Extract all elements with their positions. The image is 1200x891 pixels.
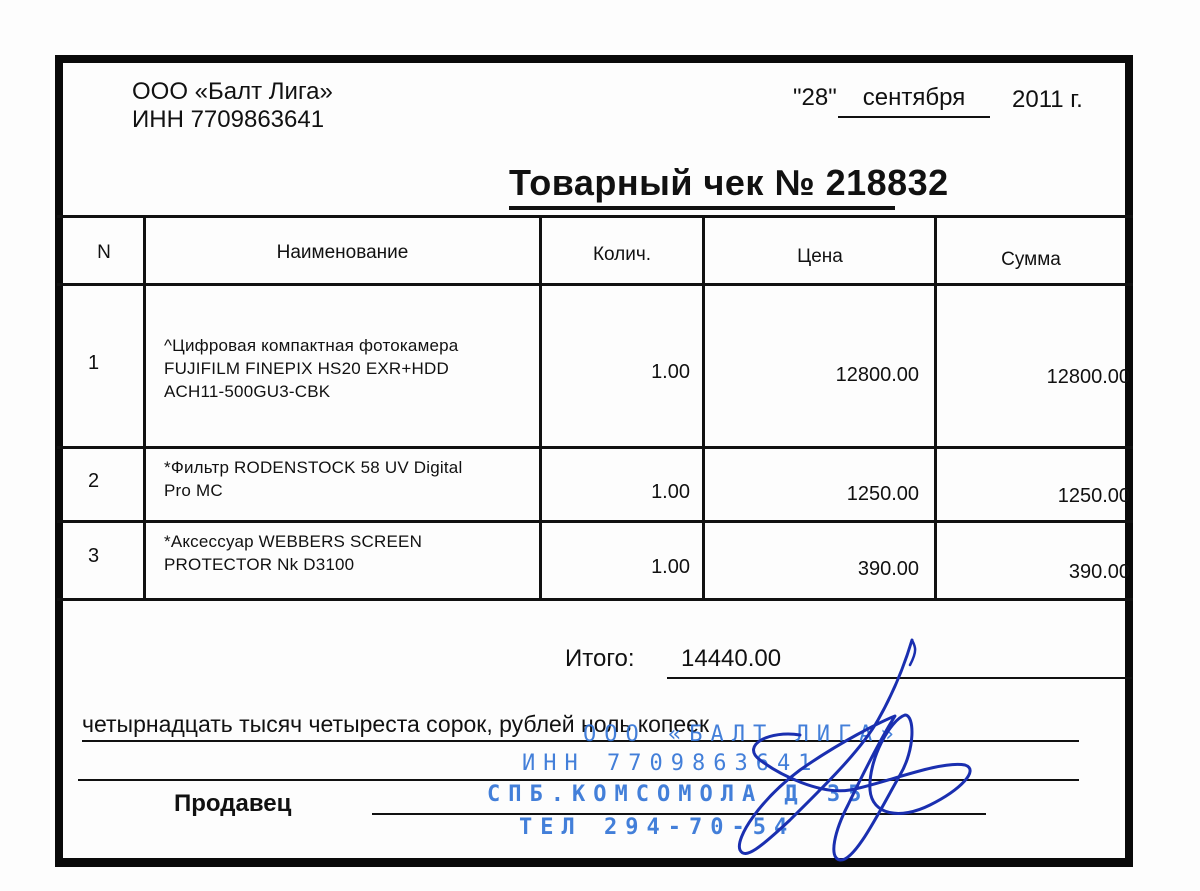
row-3-qty: 1.00 bbox=[540, 556, 690, 579]
row-3-name-line-2: PROTECTOR Nk D3100 bbox=[164, 553, 422, 576]
table-row-divider bbox=[57, 598, 1133, 601]
row-2-name-line-2: Pro MC bbox=[164, 479, 462, 502]
row-1-name-line-2: FUJIFILM FINEPIX HS20 EXR+HDD bbox=[164, 357, 458, 380]
row-3-name-line-1: *Аксессуар WEBBERS SCREEN bbox=[164, 530, 422, 553]
company-name: ООО «Балт Лига» bbox=[132, 78, 333, 105]
date-month: сентября bbox=[838, 84, 990, 112]
row-1-price: 12800.00 bbox=[704, 364, 919, 387]
col-header-n: N bbox=[63, 242, 145, 264]
row-1-name: ^Цифровая компактная фотокамера FUJIFILM… bbox=[164, 334, 458, 403]
seller-label: Продавец bbox=[174, 790, 291, 818]
title-underline bbox=[509, 206, 895, 210]
table-column-divider bbox=[143, 216, 146, 598]
row-2-price: 1250.00 bbox=[704, 483, 919, 506]
row-1-n: 1 bbox=[88, 352, 99, 375]
words-underline-2 bbox=[78, 779, 1079, 781]
receipt-title: Товарный чек № 218832 bbox=[509, 162, 957, 204]
date-year: 2011 г. bbox=[1012, 86, 1083, 114]
table-column-divider bbox=[702, 216, 705, 598]
table-row-divider bbox=[57, 520, 1133, 523]
row-2-name: *Фильтр RODENSTOCK 58 UV Digital Pro MC bbox=[164, 456, 462, 502]
row-2-qty: 1.00 bbox=[540, 481, 690, 504]
company-inn: ИНН 7709863641 bbox=[132, 106, 324, 133]
row-1-sum: 12800.00 bbox=[936, 366, 1130, 389]
col-header-sum: Сумма bbox=[936, 249, 1126, 271]
col-header-qty: Колич. bbox=[540, 244, 704, 266]
stamp-line-3: СПБ.КОМСОМОЛА Д 35 bbox=[487, 782, 869, 807]
table-column-divider bbox=[539, 216, 542, 598]
date-day: "28" bbox=[793, 84, 837, 112]
table-row-divider bbox=[57, 283, 1133, 286]
row-2-n: 2 bbox=[88, 470, 99, 493]
row-2-name-line-1: *Фильтр RODENSTOCK 58 UV Digital bbox=[164, 456, 462, 479]
total-label: Итого: bbox=[565, 645, 635, 673]
row-3-name: *Аксессуар WEBBERS SCREEN PROTECTOR Nk D… bbox=[164, 530, 422, 576]
row-1-name-line-3: ACH11-500GU3-CBK bbox=[164, 380, 458, 403]
stamp-line-4: ТЕЛ 294-70-54 bbox=[519, 815, 795, 840]
date-month-underline bbox=[838, 116, 990, 118]
col-header-name: Наименование bbox=[145, 242, 540, 264]
row-2-sum: 1250.00 bbox=[936, 485, 1130, 508]
row-3-n: 3 bbox=[88, 545, 99, 568]
table-column-divider bbox=[934, 216, 937, 598]
row-1-name-line-1: ^Цифровая компактная фотокамера bbox=[164, 334, 458, 357]
total-underline bbox=[667, 677, 1132, 679]
stamp-line-2: ИНН 7709863641 bbox=[522, 751, 819, 776]
row-1-qty: 1.00 bbox=[540, 361, 690, 384]
words-underline-1 bbox=[82, 740, 1079, 742]
table-row-divider bbox=[57, 446, 1133, 449]
stamp-line-1: ООО «БАЛТ ЛИГА» bbox=[583, 722, 902, 747]
table-row-divider bbox=[57, 215, 1133, 218]
row-3-sum: 390.00 bbox=[936, 561, 1130, 584]
col-header-price: Цена bbox=[704, 246, 936, 268]
total-value: 14440.00 bbox=[681, 645, 781, 673]
row-3-price: 390.00 bbox=[704, 558, 919, 581]
